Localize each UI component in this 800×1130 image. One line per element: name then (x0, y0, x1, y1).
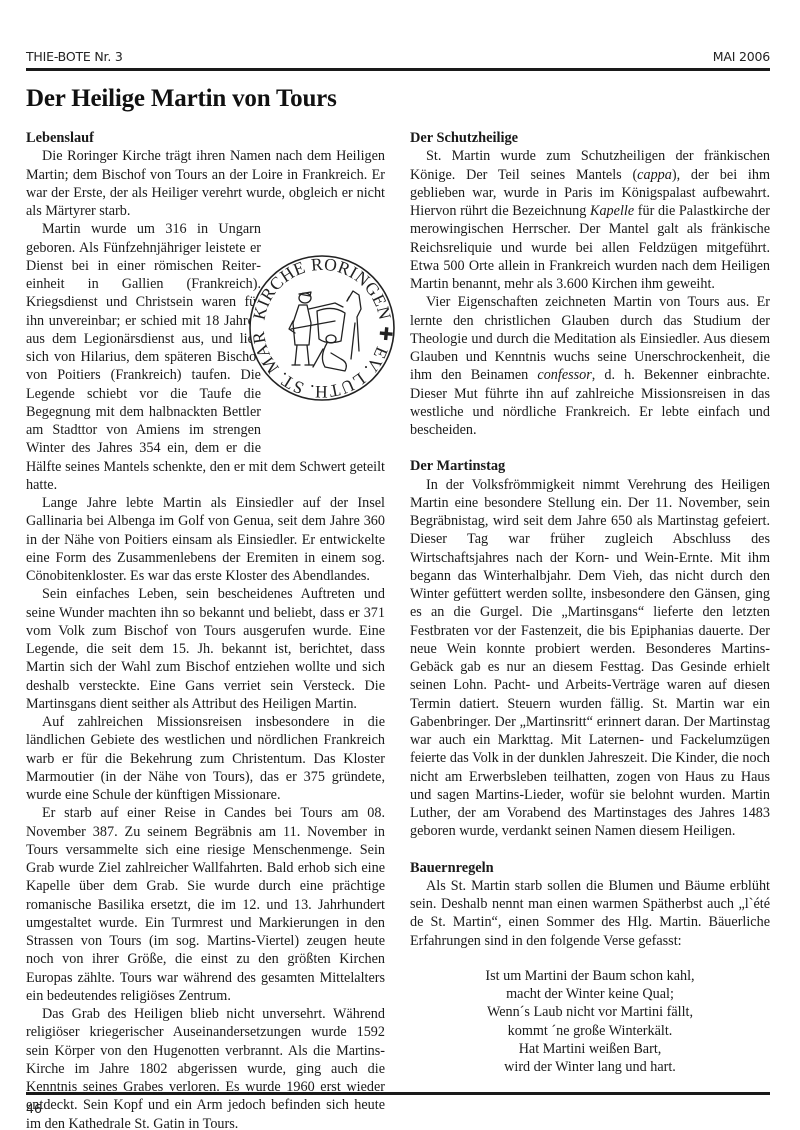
verse-line: Hat Martini weißen Bart, (410, 1040, 770, 1058)
paragraph: Lange Jahre lebte Martin als Einsiedler … (26, 494, 385, 585)
emphasis-cappa: cappa (637, 167, 672, 183)
verse-line: kommt ´ne große Winterkält. (410, 1022, 770, 1040)
verse-block: Ist um Martini der Baum schon kahl, mach… (410, 967, 770, 1077)
section-heading-bauernregeln: Bauernregeln (410, 859, 770, 877)
paragraph: Vier Eigenschaften zeichneten Martin von… (410, 293, 770, 439)
verse-line: Ist um Martini der Baum schon kahl, (410, 967, 770, 985)
paragraph: St. Martin wurde zum Schutzheiligen der … (410, 147, 770, 293)
paragraph: Das Grab des Heiligen blieb nicht unvers… (26, 1005, 385, 1130)
footer-rule (26, 1092, 770, 1095)
header-rule (26, 68, 770, 71)
issue-date: MAI 2006 (713, 49, 770, 64)
verse-line: macht der Winter keine Qual; (410, 985, 770, 1003)
page-number: 46 (26, 1101, 42, 1116)
paragraph: In der Volksfrömmigkeit nimmt Verehrung … (410, 476, 770, 841)
section-heading-schutzheilige: Der Schutzheilige (410, 129, 770, 147)
section-gap (410, 439, 770, 457)
paragraph: Die Roringer Kirche trägt ihren Namen na… (26, 147, 385, 220)
paragraph: Als St. Martin starb sollen die Blumen u… (410, 877, 770, 950)
section-heading-martinstag: Der Martinstag (410, 457, 770, 475)
paragraph: Er starb auf einer Reise in Candes bei T… (26, 804, 385, 1005)
church-seal-icon: KIRCHE RORINGEN ✚ EV. LUTH. ST. MARTINS- (247, 253, 397, 403)
right-column: Der Schutzheilige St. Martin wurde zum S… (410, 129, 770, 1076)
article-title: Der Heilige Martin von Tours (26, 85, 337, 113)
verse-line: Wenn´s Laub nicht vor Martini fällt, (410, 1003, 770, 1021)
publication-name: THIE-BOTE Nr. 3 (26, 49, 123, 64)
emphasis-confessor: confessor (537, 367, 591, 383)
section-gap (410, 841, 770, 859)
verse-line: wird der Winter lang und hart. (410, 1058, 770, 1076)
paragraph: Auf zahlreichen Missionsreisen insbesond… (26, 713, 385, 804)
paragraph: Sein einfaches Leben, sein bescheidenes … (26, 585, 385, 713)
section-heading-lebenslauf: Lebenslauf (26, 129, 385, 147)
document-page: THIE-BOTE Nr. 3 MAI 2006 Der Heilige Mar… (0, 0, 800, 1130)
emphasis-kapelle: Kapelle (590, 203, 634, 219)
running-header: THIE-BOTE Nr. 3 MAI 2006 (26, 49, 770, 65)
